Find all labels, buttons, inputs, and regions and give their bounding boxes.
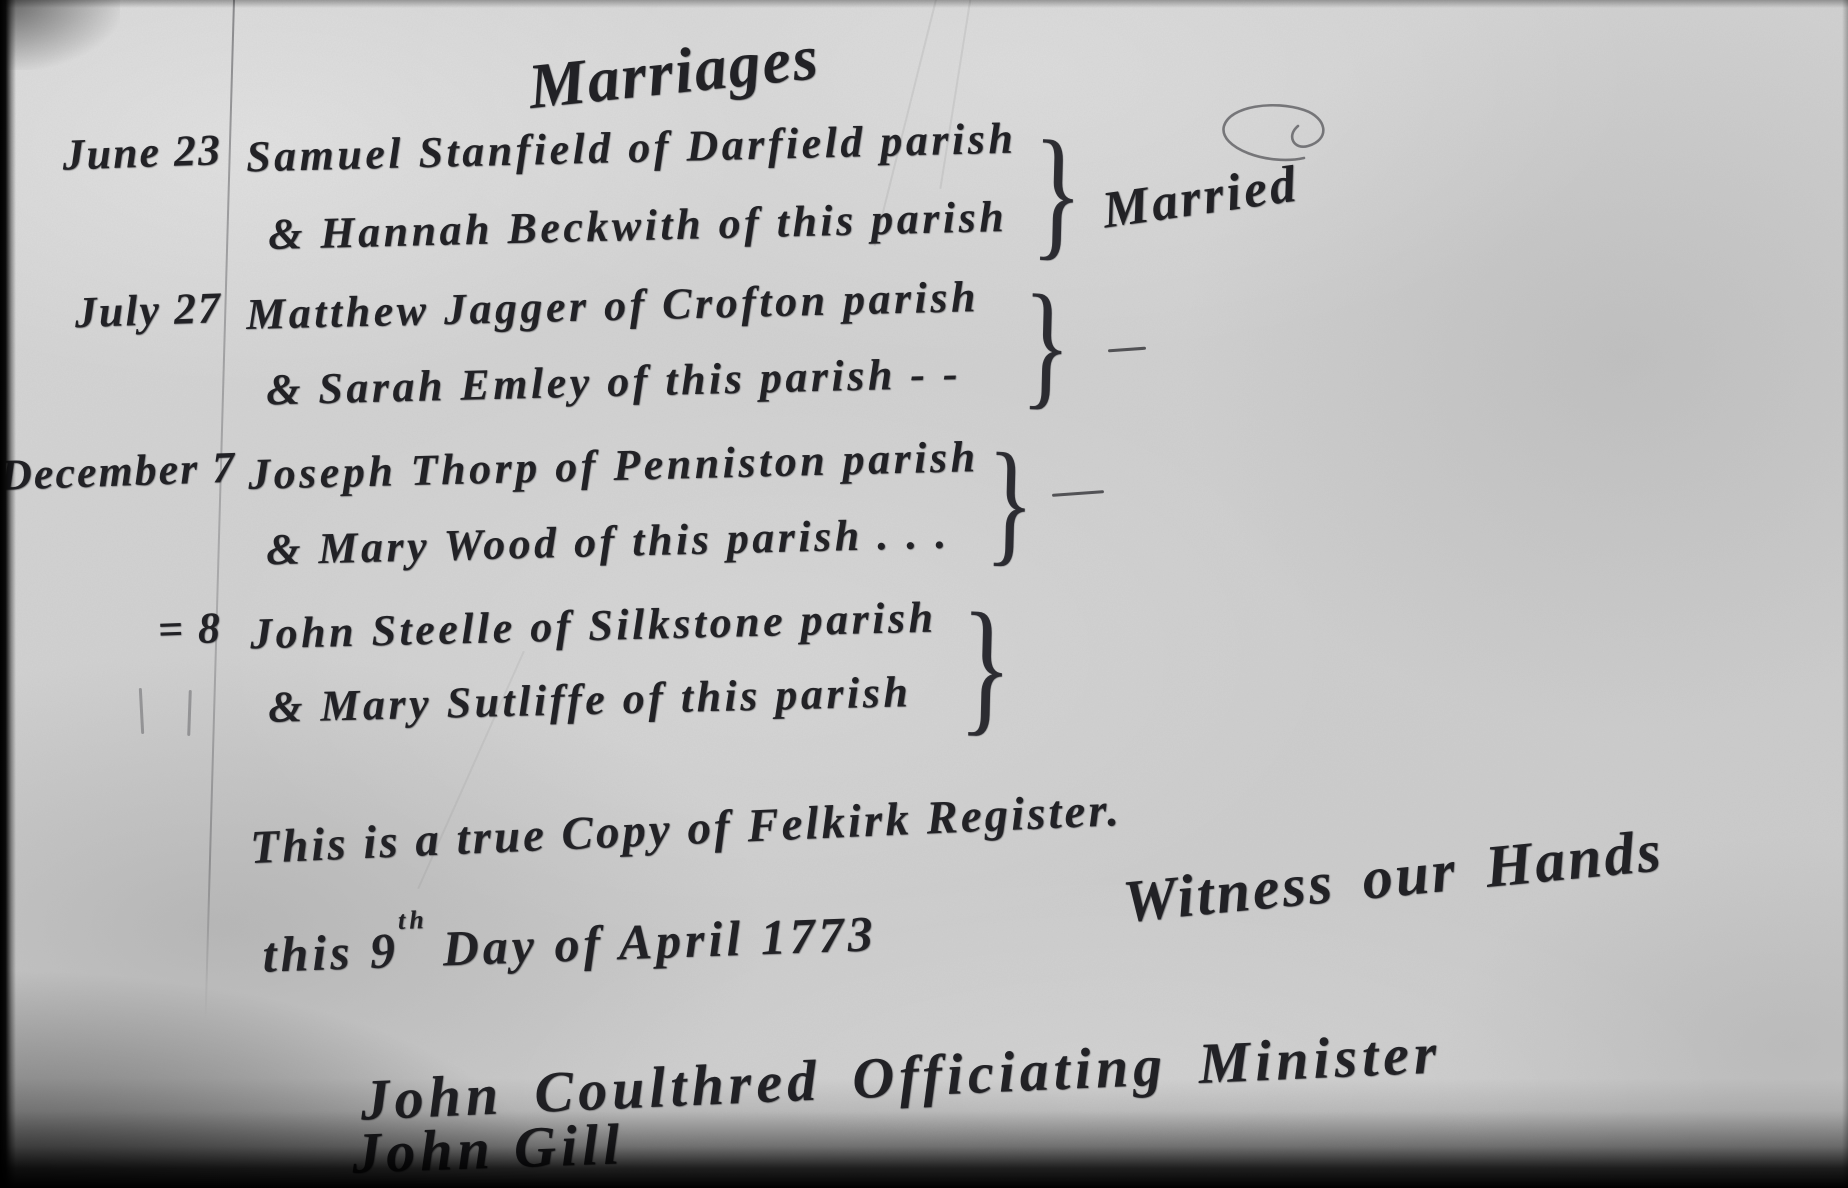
- photo-edge: [1842, 0, 1848, 1188]
- entry-date: June 23: [0, 128, 223, 180]
- stray-mark: [139, 688, 144, 734]
- entry-groom-line: Matthew Jagger of Crofton parish: [246, 275, 980, 337]
- ditto-dash: [1052, 490, 1104, 497]
- entry-bride-line: & Sarah Emley of this parish - -: [266, 352, 962, 413]
- entry-groom-line: John Steelle of Silkstone parish: [250, 596, 937, 657]
- entry-groom-line: Joseph Thorp of Penniston parish: [248, 435, 979, 497]
- photo-edge: [0, 0, 16, 1188]
- page-title: Marriages: [525, 25, 822, 119]
- brace-mark: }: [985, 432, 1036, 572]
- brace-mark: }: [1020, 274, 1072, 416]
- photo-corner-shadow: [0, 0, 120, 70]
- attestation-line-1: This is a true Copy of Felkirk Register.: [249, 787, 1122, 872]
- ditto-dash: [1108, 347, 1146, 353]
- photo-edge: [0, 1078, 1848, 1188]
- entry-groom-line: Samuel Stanfield of Darfield parish: [246, 117, 1017, 180]
- marriage-register-photo: Marriages June 23 Samuel Stanfield of Da…: [0, 0, 1848, 1188]
- entry-bride-line: & Mary Wood of this parish . . .: [266, 512, 951, 573]
- attestation-date-line: this 9thDay of April 1773: [261, 891, 877, 979]
- entry-bride-line: & Mary Sutliffe of this parish: [268, 670, 912, 730]
- entry-date: = 8: [0, 606, 223, 658]
- witness-our-hands: Witness our Hands: [1120, 820, 1666, 932]
- brace-mark: }: [1030, 118, 1084, 266]
- photo-edge: [0, 0, 1848, 8]
- attestation-date-suffix: Day of April 1773: [442, 905, 878, 976]
- entry-bride-line: & Hannah Beckwith of this parish: [268, 195, 1008, 257]
- brace-mark: }: [958, 590, 1014, 742]
- ink-flourish: [1208, 96, 1338, 176]
- entry-date: December 7: [0, 446, 223, 498]
- entry-date: July 27: [0, 286, 223, 338]
- stray-mark: [187, 690, 192, 736]
- ordinal-suffix: th: [397, 905, 428, 935]
